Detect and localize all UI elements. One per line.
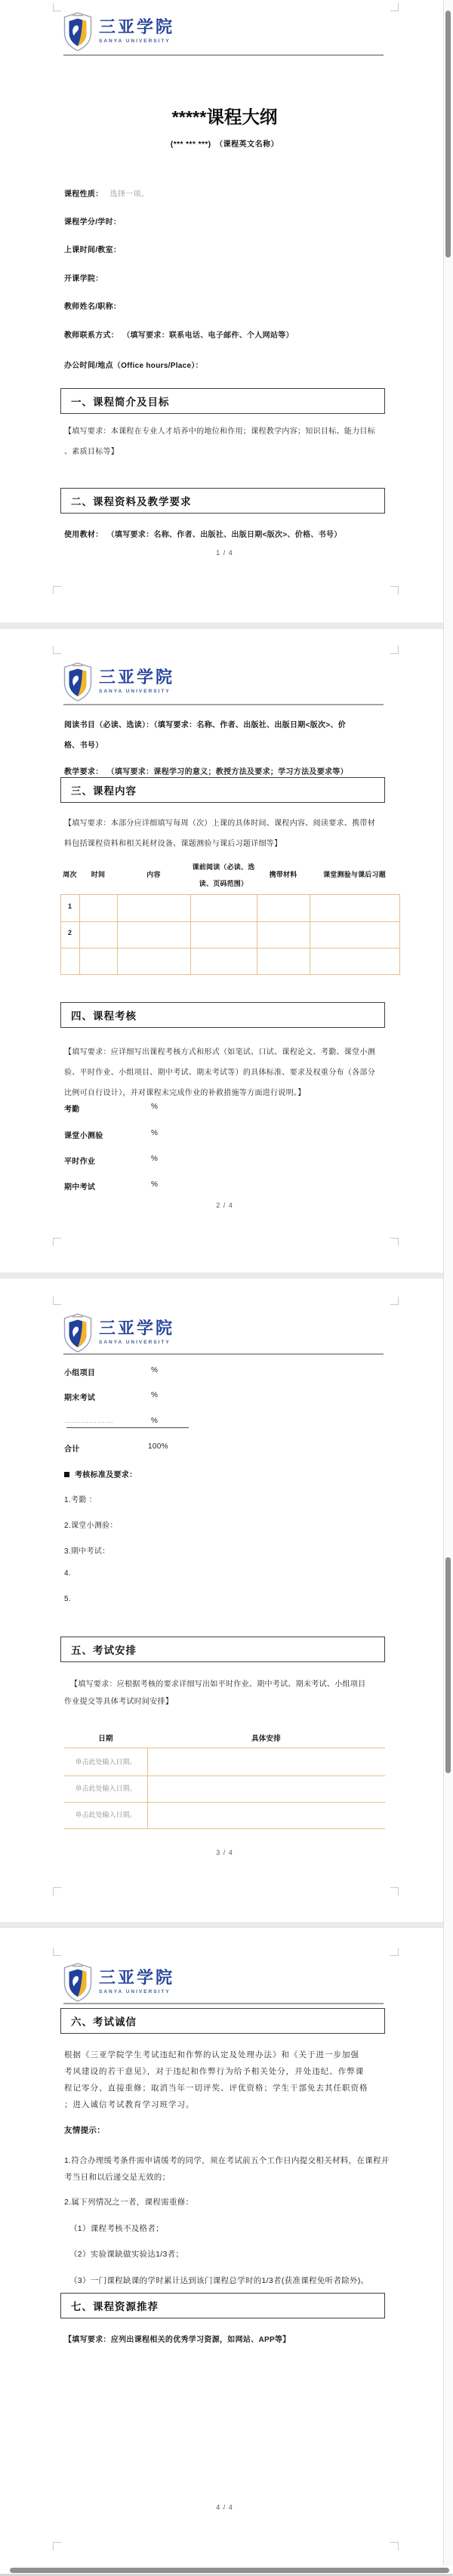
table-border: [60, 894, 400, 895]
col-header-prereading-line1: 课前阅读（必读、选: [190, 862, 257, 872]
section1-note-line1: 【填写要求：本课程在专业人才培养中的地位和作用；课程教学内容；知识目标、能力目标: [64, 424, 375, 436]
field-label: 教学要求：: [64, 768, 103, 776]
section3-note-line1: 【填写要求：本部分应详细填写每周（次）上课的具体时间、课程内容、阅读要求、携带材: [64, 816, 375, 828]
crop-mark: [390, 3, 399, 11]
vertical-scrollbar-track[interactable]: [443, 0, 453, 2576]
section-heading-7: 七、课程资源推荐: [60, 2293, 385, 2318]
field-label: 上课时间/教室：: [64, 246, 121, 255]
crop-mark: [390, 1238, 399, 1246]
col-header-materials: 携带材料: [257, 869, 310, 879]
logo-slot: 三亚学院 SANYA UNIVERSITY: [63, 1963, 174, 2002]
integrity-line2: 考风建设的若干意见》，对于违纪和作弊行为给予相关处分，并处违纪、作弊课: [64, 2065, 364, 2077]
field-label: 教师姓名/职称：: [64, 303, 121, 311]
header-rule: [63, 1353, 384, 1355]
section1-note-line2: 、素质目标等】: [64, 445, 119, 456]
header-rule: [63, 2003, 384, 2004]
section4-note-line3: 比例可自行设计），并对课程未完成作业的补救措施等方面进行说明。】: [64, 1086, 306, 1097]
section-heading-3: 三、课程内容: [60, 777, 385, 803]
field-label: 课程学分/学时：: [64, 218, 121, 227]
university-shield-icon: [63, 662, 92, 702]
grade-item-group-project-pct: %: [151, 1366, 158, 1374]
grade-item-group-project: 小组项目: [64, 1366, 95, 1377]
logo-slot: 三亚学院 SANYA UNIVERSITY: [63, 662, 174, 702]
date-placeholder-3[interactable]: 单击此处输入日期。: [64, 1809, 147, 1819]
section4-note-line1: 【填写要求：应详细写出课程考核方式和形式（如笔试、口试、课程论文、考勤、课堂小测: [64, 1045, 375, 1057]
crop-mark: [53, 586, 61, 594]
logo-wordmark: 三亚学院 SANYA UNIVERSITY: [99, 12, 174, 44]
crop-mark: [53, 3, 61, 11]
criteria-item-2: 2.课堂小测验：: [64, 1519, 118, 1530]
table-row-week-2: 2: [60, 929, 79, 936]
university-logo: 三亚学院 SANYA UNIVERSITY: [63, 662, 174, 702]
page-number: 4 / 4: [64, 2504, 385, 2511]
field-label: 教师联系方式：: [64, 332, 119, 340]
section-heading-6: 六、考试诚信: [60, 2008, 385, 2034]
grade-item-attendance-pct: %: [151, 1103, 158, 1111]
logo-chinese-name: 三亚学院: [99, 1320, 174, 1337]
col-header-date: 日期: [64, 1732, 147, 1743]
crop-mark: [53, 1297, 61, 1305]
field-teacher-contact: 教师联系方式： （填写要求：联系电话、电子邮件、个人网站等）: [64, 329, 294, 340]
col-header-prereading-line2: 读、页码范围）: [190, 878, 257, 888]
field-note: （填写要求：名称、作者、出版社、出版日期<版次>、价格、书号）: [107, 531, 342, 539]
university-logo: 三亚学院 SANYA UNIVERSITY: [63, 12, 174, 51]
field-reading-list-line2: 格、书号）: [64, 739, 103, 750]
field-class-time-room: 上课时间/教室：: [64, 243, 121, 255]
crop-mark: [390, 1887, 399, 1896]
criteria-item-5: 5.: [64, 1595, 71, 1603]
tip2: 2.属下列情况之一者，课程需重修：: [64, 2196, 193, 2207]
tips-heading: 友情提示：: [64, 2124, 105, 2136]
document-viewer: 三亚学院 SANYA UNIVERSITY *****课程大纲 (*** ***…: [0, 0, 453, 2576]
field-course-nature: 课程性质： 选择一项。: [64, 187, 149, 199]
table-border: [60, 921, 400, 922]
table-border: [147, 1748, 148, 1828]
grade-item-homework-pct: %: [151, 1155, 158, 1163]
grade-item-quiz: 课堂小测验: [64, 1129, 103, 1140]
section-heading-5: 五、考试安排: [60, 1637, 385, 1662]
logo-wordmark: 三亚学院 SANYA UNIVERSITY: [99, 662, 174, 694]
document-page-4: 三亚学院 SANYA UNIVERSITY 六、考试诚信 根据《三亚学院学生考试…: [0, 1928, 453, 2565]
col-header-quiz-homework: 课堂测验与课后习题: [310, 869, 399, 879]
logo-wordmark: 三亚学院 SANYA UNIVERSITY: [99, 1313, 174, 1345]
logo-english-name: SANYA UNIVERSITY: [99, 1340, 174, 1345]
document-title: *****课程大纲: [64, 103, 385, 128]
crop-mark: [390, 1297, 399, 1305]
header-rule: [63, 54, 384, 56]
table-border: [60, 974, 400, 975]
table-border: [64, 1802, 385, 1803]
section-heading-label: 二、课程资料及教学要求: [71, 493, 192, 508]
section4-note-line2: 验、平时作业、小组项目、期中考试、期末考试等）的具体标准、要求及权重分布（各部分: [64, 1066, 375, 1077]
criteria-heading: 考核标准及要求：: [64, 1468, 137, 1479]
crop-mark: [53, 1887, 61, 1896]
university-shield-icon: [63, 1313, 92, 1353]
logo-chinese-name: 三亚学院: [99, 19, 174, 35]
table-border: [64, 1748, 385, 1748]
field-textbook: 使用教材： （填写要求：名称、作者、出版社、出版日期<版次>、价格、书号）: [64, 528, 342, 539]
tip1-line2: 考当日和以后递交是无效的；: [64, 2171, 170, 2183]
grade-item-homework: 平时作业: [64, 1155, 95, 1166]
tip2-sub3: （3）一门课程缺课的学时累计达到该门课程总学时的1/3者(获准课程免听者除外)。: [69, 2275, 368, 2286]
grade-total-label: 合计: [64, 1442, 80, 1454]
date-placeholder-1[interactable]: 单击此处输入日期。: [64, 1757, 147, 1766]
table-border: [399, 894, 400, 974]
vertical-scrollbar-thumb[interactable]: [445, 11, 451, 258]
field-teacher-name-title: 教师姓名/职称：: [64, 300, 121, 311]
crop-mark: [390, 2542, 399, 2550]
table-border: [64, 1828, 385, 1829]
page-number: 3 / 4: [64, 1849, 385, 1856]
table-border: [257, 894, 257, 974]
crop-mark: [53, 1948, 61, 1956]
square-bullet-icon: [64, 1472, 69, 1477]
document-page-2: 三亚学院 SANYA UNIVERSITY 阅读书目（必读、选读）：（填写要求：…: [0, 629, 453, 1273]
header-rule: [63, 704, 384, 705]
criteria-item-3: 3.期中考试：: [64, 1544, 109, 1556]
field-office-hours: 办公时间/地点（Office hours/Place）：: [64, 359, 203, 370]
document-subtitle: (*** *** ***) （课程英文名称）: [64, 137, 385, 149]
section-heading-4: 四、课程考核: [60, 1002, 385, 1028]
university-logo: 三亚学院 SANYA UNIVERSITY: [63, 1963, 174, 2002]
university-logo: 三亚学院 SANYA UNIVERSITY: [63, 1313, 174, 1353]
col-header-week: 周次: [60, 869, 79, 879]
table-border: [64, 1775, 385, 1776]
field-credits-hours: 课程学分/学时：: [64, 215, 121, 227]
section-heading-label: 四、课程考核: [71, 1007, 137, 1023]
table-border: [117, 894, 118, 974]
table-border: [310, 894, 310, 974]
grade-item-midterm-pct: %: [151, 1180, 158, 1189]
logo-chinese-name: 三亚学院: [99, 669, 174, 686]
page-number: 2 / 4: [64, 1202, 385, 1209]
field-label: 使用教材：: [64, 531, 103, 539]
field-note: （填写要求：联系电话、电子邮件、个人网站等）: [122, 332, 294, 340]
crop-mark: [53, 1238, 61, 1246]
table-row-week-1: 1: [60, 902, 79, 910]
tip2-sub1: （1）课程考核不及格者；: [69, 2223, 164, 2234]
integrity-line1: 根据《三亚学院学生考试违纪和作弊的认定及处理办法》和《关于进一步加强: [64, 2049, 359, 2060]
field-label: 课程性质：: [64, 190, 103, 199]
col-header-arrangement: 具体安排: [147, 1732, 385, 1743]
page-number: 1 / 4: [64, 549, 385, 557]
section3-note-line2: 料包括课程资料和相关耗材设备、课题测验与课后习题详细等】: [64, 837, 282, 848]
col-header-content: 内容: [117, 869, 190, 879]
crop-mark: [53, 646, 61, 654]
section-heading-1: 一、课程简介及目标: [60, 388, 385, 414]
date-placeholder-2[interactable]: 单击此处输入日期。: [64, 1783, 147, 1793]
university-shield-icon: [63, 12, 92, 51]
university-shield-icon: [63, 1963, 92, 2002]
section5-note-line2: 作业提交等具体考试时间安排】: [64, 1695, 173, 1706]
logo-chinese-name: 三亚学院: [99, 1970, 174, 1986]
crop-mark: [390, 646, 399, 654]
logo-english-name: SANYA UNIVERSITY: [99, 1989, 174, 1994]
section-heading-label: 五、考试安排: [71, 1642, 137, 1657]
integrity-line3: 程记零分、直接重修；取消当年一切评奖、评优资格；学生干部免去其任职资格: [64, 2082, 368, 2093]
field-placeholder[interactable]: 选择一项。: [110, 190, 149, 199]
grade-total-pct: 100%: [148, 1442, 168, 1451]
criteria-item-1: 1.考勤 ：: [64, 1493, 97, 1504]
tip2-sub2: （2）实验课缺做实验达1/3者；: [69, 2248, 183, 2260]
col-header-time: 时间: [79, 869, 117, 879]
section-heading-label: 三、课程内容: [71, 782, 137, 797]
field-school: 开课学院：: [64, 272, 103, 283]
section5-note-line1: 【填写要求：应根据考核的要求详细写出如平时作业、期中考试、期末考试、小组项目: [70, 1677, 365, 1689]
grade-item-final-exam: 期末考试: [64, 1391, 95, 1402]
section-heading-label: 七、课程资源推荐: [71, 2298, 159, 2313]
logo-slot: 三亚学院 SANYA UNIVERSITY: [63, 12, 174, 51]
section-heading-label: 六、考试诚信: [71, 2013, 137, 2028]
section-heading-2: 二、课程资料及教学要求: [60, 488, 385, 514]
tip1-line1: 1.符合办理缓考条件需申请缓考的同学，须在考试前五个工作日内提交相关材料，在课程…: [64, 2155, 390, 2166]
horizontal-scrollbar-thumb[interactable]: [10, 2568, 449, 2573]
grade-item-attendance: 考勤: [64, 1103, 80, 1114]
document-page-3: 三亚学院 SANYA UNIVERSITY 小组项目 % 期末考试 % ……………: [0, 1279, 453, 1922]
section7-note: 【填写要求：应列出课程相关的优秀学习资源，如网站、APP等】: [64, 2333, 291, 2344]
logo-wordmark: 三亚学院 SANYA UNIVERSITY: [99, 1963, 174, 1994]
criteria-item-4: 4.: [64, 1569, 71, 1578]
vertical-scrollbar-thumb-2[interactable]: [445, 1557, 451, 1773]
section-heading-label: 一、课程简介及目标: [71, 393, 170, 409]
document-page-1: 三亚学院 SANYA UNIVERSITY *****课程大纲 (*** ***…: [0, 0, 453, 622]
field-label: 开课学院：: [64, 275, 103, 283]
field-reading-list-line1: 阅读书目（必读、选读）：（填写要求：名称、作者、出版社、出版日期<版次>、价: [64, 718, 346, 730]
criteria-heading-label: 考核标准及要求：: [75, 1471, 137, 1479]
table-border: [79, 894, 80, 974]
grade-item-quiz-pct: %: [151, 1129, 158, 1137]
integrity-line4: ；进入诚信考试教育学习班学习。: [64, 2099, 195, 2110]
table-border: [60, 948, 400, 949]
grade-item-final-exam-pct: %: [151, 1391, 158, 1399]
crop-mark: [390, 1948, 399, 1956]
field-note: （填写要求：课程学习的意义；教授方法及要求；学习方法及要求等）: [107, 768, 348, 776]
logo-english-name: SANYA UNIVERSITY: [99, 39, 174, 44]
crop-mark: [390, 586, 399, 594]
logo-slot: 三亚学院 SANYA UNIVERSITY: [63, 1313, 174, 1353]
logo-english-name: SANYA UNIVERSITY: [99, 689, 174, 694]
field-teaching-requirements: 教学要求： （填写要求：课程学习的意义；教授方法及要求；学习方法及要求等）: [64, 765, 348, 776]
grade-item-other-label[interactable]: ………………: [64, 1417, 114, 1425]
fill-in-underline: [66, 1427, 189, 1428]
crop-mark: [53, 2542, 61, 2550]
field-label: 办公时间/地点（Office hours/Place）：: [64, 362, 203, 370]
grade-item-midterm: 期中考试: [64, 1180, 95, 1192]
table-border: [190, 894, 191, 974]
grade-item-other-pct: %: [151, 1417, 158, 1425]
